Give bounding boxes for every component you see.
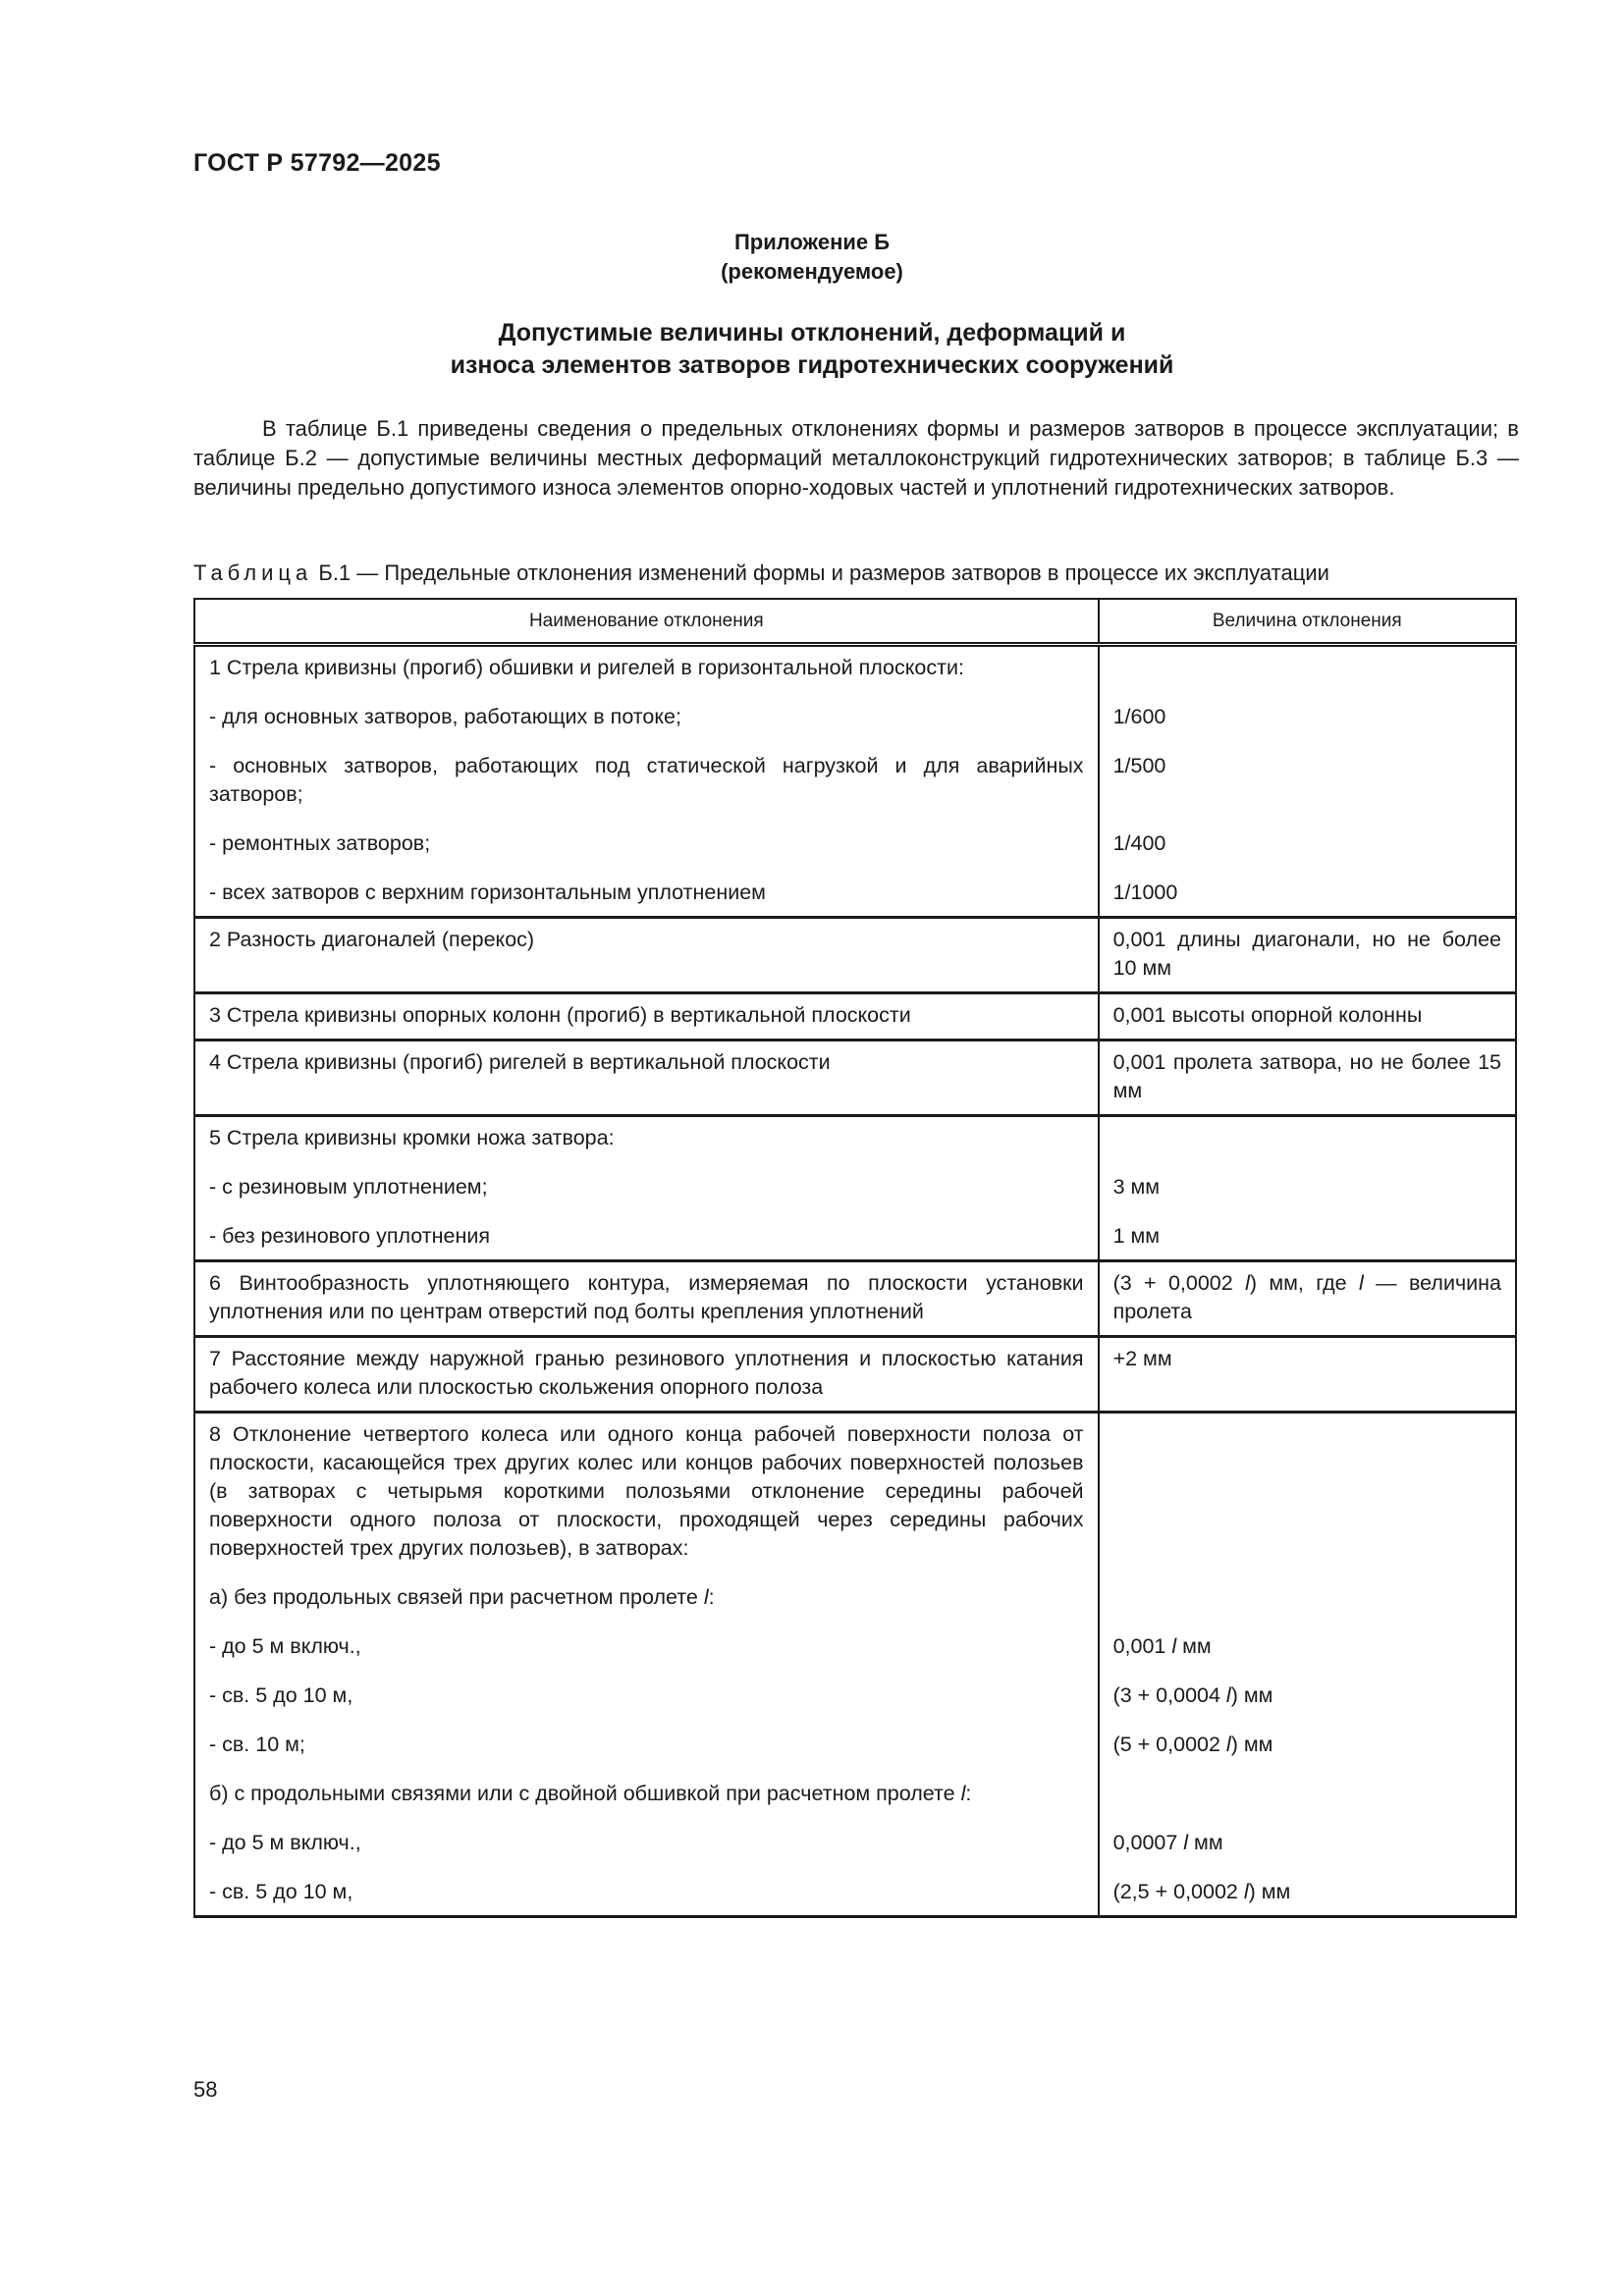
annex-title-line1: Допустимые величины отклонений, деформац… — [0, 317, 1624, 349]
table-row: 2 Разность диагоналей (перекос)0,001 дли… — [194, 918, 1516, 993]
deviation-name-cell: 2 Разность диагоналей (перекос) — [194, 918, 1099, 993]
annex-label: Приложение Б — [0, 228, 1624, 257]
annex-title: Допустимые величины отклонений, деформац… — [0, 317, 1624, 382]
table-row: 1 Стрела кривизны (прогиб) обшивки и риг… — [194, 645, 1516, 683]
deviation-value-cell: +2 мм — [1099, 1337, 1516, 1413]
deviation-name-cell: а) без продольных связей при расчетном п… — [194, 1563, 1099, 1612]
deviation-value-cell: 3 мм — [1099, 1152, 1516, 1201]
deviations-table: Наименование отклонения Величина отклоне… — [193, 598, 1517, 1918]
table-row: - св. 5 до 10 м,(3 + 0,0004 l) мм — [194, 1661, 1516, 1710]
deviation-name-cell: - основных затворов, работающих под стат… — [194, 731, 1099, 809]
table-row: - без резинового уплотнения1 мм — [194, 1201, 1516, 1261]
deviation-value-cell — [1099, 645, 1516, 683]
table-row: - до 5 м включ.,0,0007 l мм — [194, 1808, 1516, 1857]
deviation-value-cell: 0,001 пролета затвора, но не более 15 мм — [1099, 1041, 1516, 1116]
table-row: - ремонтных затворов;1/400 — [194, 809, 1516, 858]
deviation-value-cell: 1/1000 — [1099, 858, 1516, 918]
page-number: 58 — [193, 2077, 217, 2103]
deviation-value-cell — [1099, 1759, 1516, 1808]
column-header-name: Наименование отклонения — [194, 599, 1099, 645]
deviation-value-cell: 1/500 — [1099, 731, 1516, 809]
deviation-name-cell: 6 Винтообразность уплотняющего контура, … — [194, 1261, 1099, 1337]
deviation-name-cell: - до 5 м включ., — [194, 1612, 1099, 1661]
annex-status: (рекомендуемое) — [0, 257, 1624, 287]
deviation-name-cell: б) с продольными связями или с двойной о… — [194, 1759, 1099, 1808]
table-row: 4 Стрела кривизны (прогиб) ригелей в вер… — [194, 1041, 1516, 1116]
deviation-name-cell: - св. 10 м; — [194, 1710, 1099, 1759]
table-row: - до 5 м включ.,0,001 l мм — [194, 1612, 1516, 1661]
deviation-name-cell: - до 5 м включ., — [194, 1808, 1099, 1857]
deviation-value-cell — [1099, 1413, 1516, 1564]
deviation-value-cell — [1099, 1116, 1516, 1153]
deviation-value-cell — [1099, 1563, 1516, 1612]
deviation-name-cell: - св. 5 до 10 м, — [194, 1661, 1099, 1710]
table-row: - с резиновым уплотнением;3 мм — [194, 1152, 1516, 1201]
table-caption-text: Б.1 — Предельные отклонения изменений фо… — [312, 561, 1329, 585]
deviation-name-cell: 5 Стрела кривизны кромки ножа затвора: — [194, 1116, 1099, 1153]
intro-text: В таблице Б.1 приведены сведения о преде… — [193, 414, 1519, 503]
deviation-name-cell: - без резинового уплотнения — [194, 1201, 1099, 1261]
deviation-name-cell: - с резиновым уплотнением; — [194, 1152, 1099, 1201]
deviation-name-cell: 1 Стрела кривизны (прогиб) обшивки и риг… — [194, 645, 1099, 683]
deviation-name-cell: 8 Отклонение четвертого колеса или одног… — [194, 1413, 1099, 1564]
table-header-row: Наименование отклонения Величина отклоне… — [194, 599, 1516, 645]
table-caption-label: Таблица — [193, 561, 312, 585]
column-header-value: Величина отклонения — [1099, 599, 1516, 645]
deviation-name-cell: - ремонтных затворов; — [194, 809, 1099, 858]
table-row: а) без продольных связей при расчетном п… — [194, 1563, 1516, 1612]
deviation-value-cell: (3 + 0,0004 l) мм — [1099, 1661, 1516, 1710]
table-row: - св. 5 до 10 м,(2,5 + 0,0002 l) мм — [194, 1857, 1516, 1917]
table-row: 5 Стрела кривизны кромки ножа затвора: — [194, 1116, 1516, 1153]
deviation-value-cell: 0,0007 l мм — [1099, 1808, 1516, 1857]
table-row: 8 Отклонение четвертого колеса или одног… — [194, 1413, 1516, 1564]
deviation-name-cell: 7 Расстояние между наружной гранью резин… — [194, 1337, 1099, 1413]
document-code: ГОСТ Р 57792—2025 — [193, 149, 441, 178]
deviation-name-cell: - св. 5 до 10 м, — [194, 1857, 1099, 1917]
table-row: 3 Стрела кривизны опорных колонн (прогиб… — [194, 993, 1516, 1041]
deviation-value-cell: 0,001 l мм — [1099, 1612, 1516, 1661]
intro-paragraph: В таблице Б.1 приведены сведения о преде… — [193, 414, 1519, 503]
table-row: - св. 10 м;(5 + 0,0002 l) мм — [194, 1710, 1516, 1759]
deviation-name-cell: 3 Стрела кривизны опорных колонн (прогиб… — [194, 993, 1099, 1041]
table-row: б) с продольными связями или с двойной о… — [194, 1759, 1516, 1808]
table-row: - основных затворов, работающих под стат… — [194, 731, 1516, 809]
deviation-value-cell: (5 + 0,0002 l) мм — [1099, 1710, 1516, 1759]
table-row: - для основных затворов, работающих в по… — [194, 682, 1516, 731]
deviation-name-cell: - всех затворов с верхним горизонтальным… — [194, 858, 1099, 918]
table-body: 1 Стрела кривизны (прогиб) обшивки и риг… — [194, 645, 1516, 1917]
table-row: 6 Винтообразность уплотняющего контура, … — [194, 1261, 1516, 1337]
deviation-value-cell: (3 + 0,0002 l) мм, где l — величина прол… — [1099, 1261, 1516, 1337]
deviation-name-cell: - для основных затворов, работающих в по… — [194, 682, 1099, 731]
deviation-value-cell: 1/600 — [1099, 682, 1516, 731]
deviation-value-cell: 0,001 длины диагонали, но не более 10 мм — [1099, 918, 1516, 993]
annex-heading: Приложение Б (рекомендуемое) — [0, 228, 1624, 287]
table-caption: Таблица Б.1 — Предельные отклонения изме… — [193, 560, 1329, 587]
deviation-value-cell: 0,001 высоты опорной колонны — [1099, 993, 1516, 1041]
table-row: 7 Расстояние между наружной гранью резин… — [194, 1337, 1516, 1413]
annex-title-line2: износа элементов затворов гидротехническ… — [0, 349, 1624, 382]
deviation-name-cell: 4 Стрела кривизны (прогиб) ригелей в вер… — [194, 1041, 1099, 1116]
deviation-value-cell: (2,5 + 0,0002 l) мм — [1099, 1857, 1516, 1917]
deviation-value-cell: 1/400 — [1099, 809, 1516, 858]
table-row: - всех затворов с верхним горизонтальным… — [194, 858, 1516, 918]
deviation-value-cell: 1 мм — [1099, 1201, 1516, 1261]
